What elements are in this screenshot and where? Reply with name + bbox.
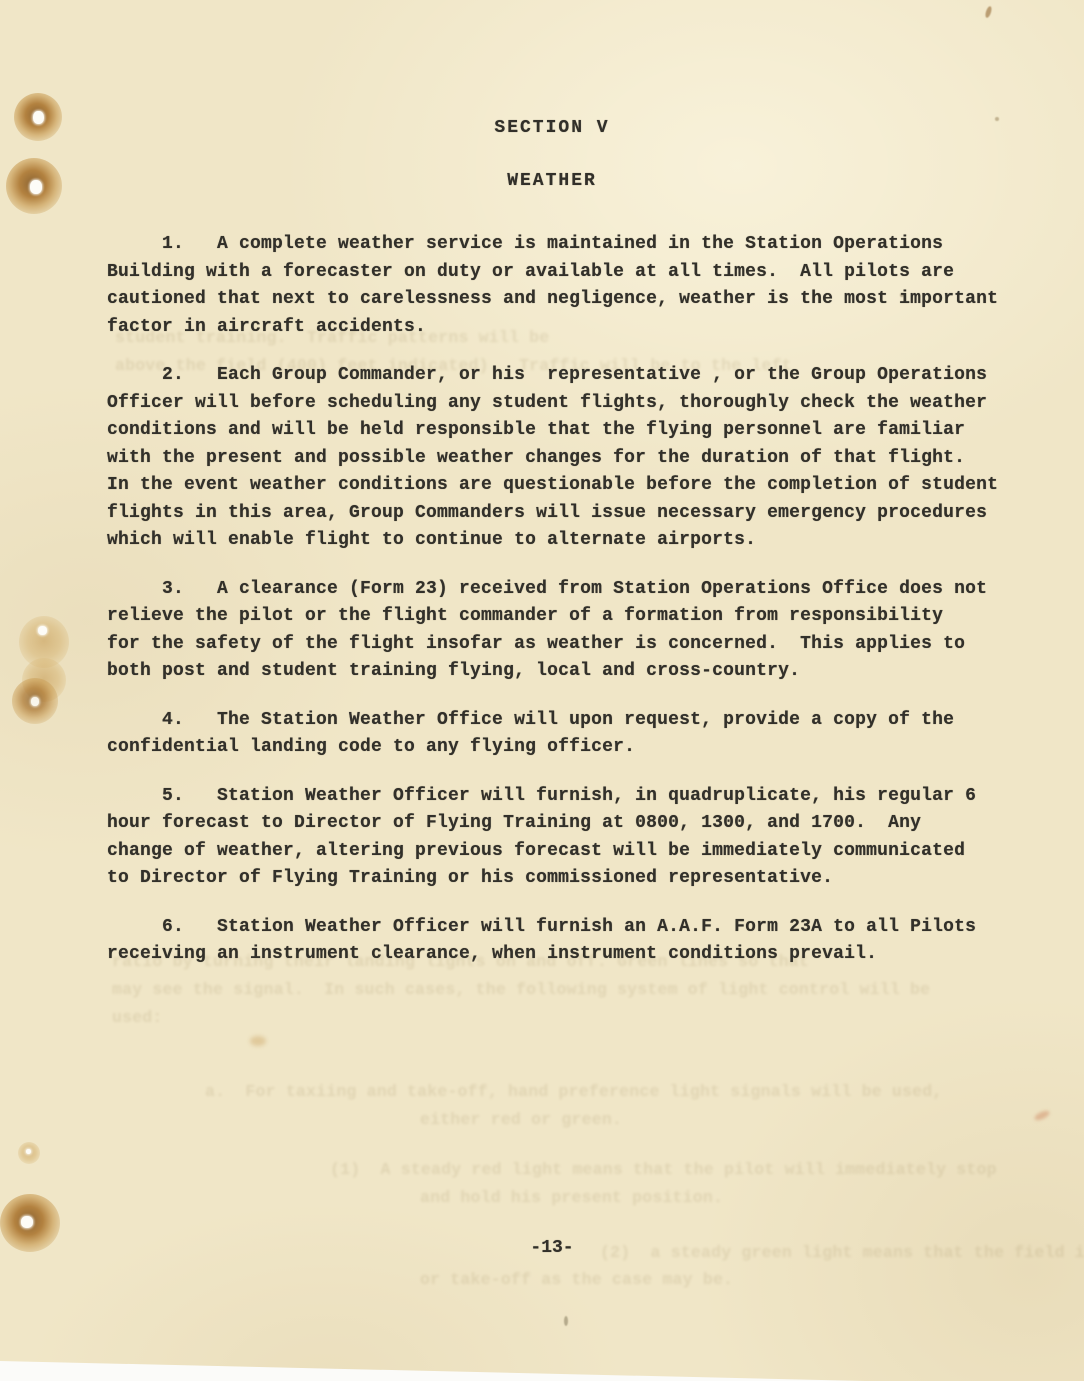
page-number: -13- xyxy=(107,1238,997,1258)
binder-hole-stain xyxy=(12,678,58,724)
paragraph-6: 6. Station Weather Officer will furnish … xyxy=(107,914,997,969)
paragraph-5: 5. Station Weather Officer will furnish,… xyxy=(107,783,997,893)
binder-hole-stain xyxy=(6,158,62,214)
paper-stain xyxy=(1033,1109,1050,1122)
bleedthrough-text: either red or green. xyxy=(420,1110,622,1129)
bleedthrough-text: (1) A steady red light means that the pi… xyxy=(330,1160,997,1179)
section-heading: SECTION V xyxy=(107,115,997,143)
binder-hole-stain xyxy=(0,1194,60,1252)
paper-speck xyxy=(564,1316,568,1326)
paragraph-1: 1. A complete weather service is maintai… xyxy=(107,231,997,341)
binder-hole-stain xyxy=(14,93,62,141)
binder-hole-stain xyxy=(18,1142,40,1164)
bleedthrough-text: used: xyxy=(112,1008,163,1027)
bleedthrough-text: or take-off as the case may be. xyxy=(420,1270,733,1289)
paragraph-3: 3. A clearance (Form 23) received from S… xyxy=(107,576,997,686)
bleedthrough-text: and hold his present position. xyxy=(420,1188,723,1207)
scanned-document-page: { "document": { "section_heading": "SECT… xyxy=(0,0,1084,1381)
paper-stain xyxy=(250,1036,266,1046)
paper-background: student training. Traffic patterns will … xyxy=(0,0,1084,1381)
paragraph-2: 2. Each Group Commander, or his represen… xyxy=(107,362,997,555)
paragraph-4: 4. The Station Weather Office will upon … xyxy=(107,707,997,762)
document-body: SECTION V WEATHER 1. A complete weather … xyxy=(107,0,997,990)
bleedthrough-text: a. For taxiing and take-off, hand prefer… xyxy=(205,1082,942,1101)
document-title: WEATHER xyxy=(107,168,997,196)
